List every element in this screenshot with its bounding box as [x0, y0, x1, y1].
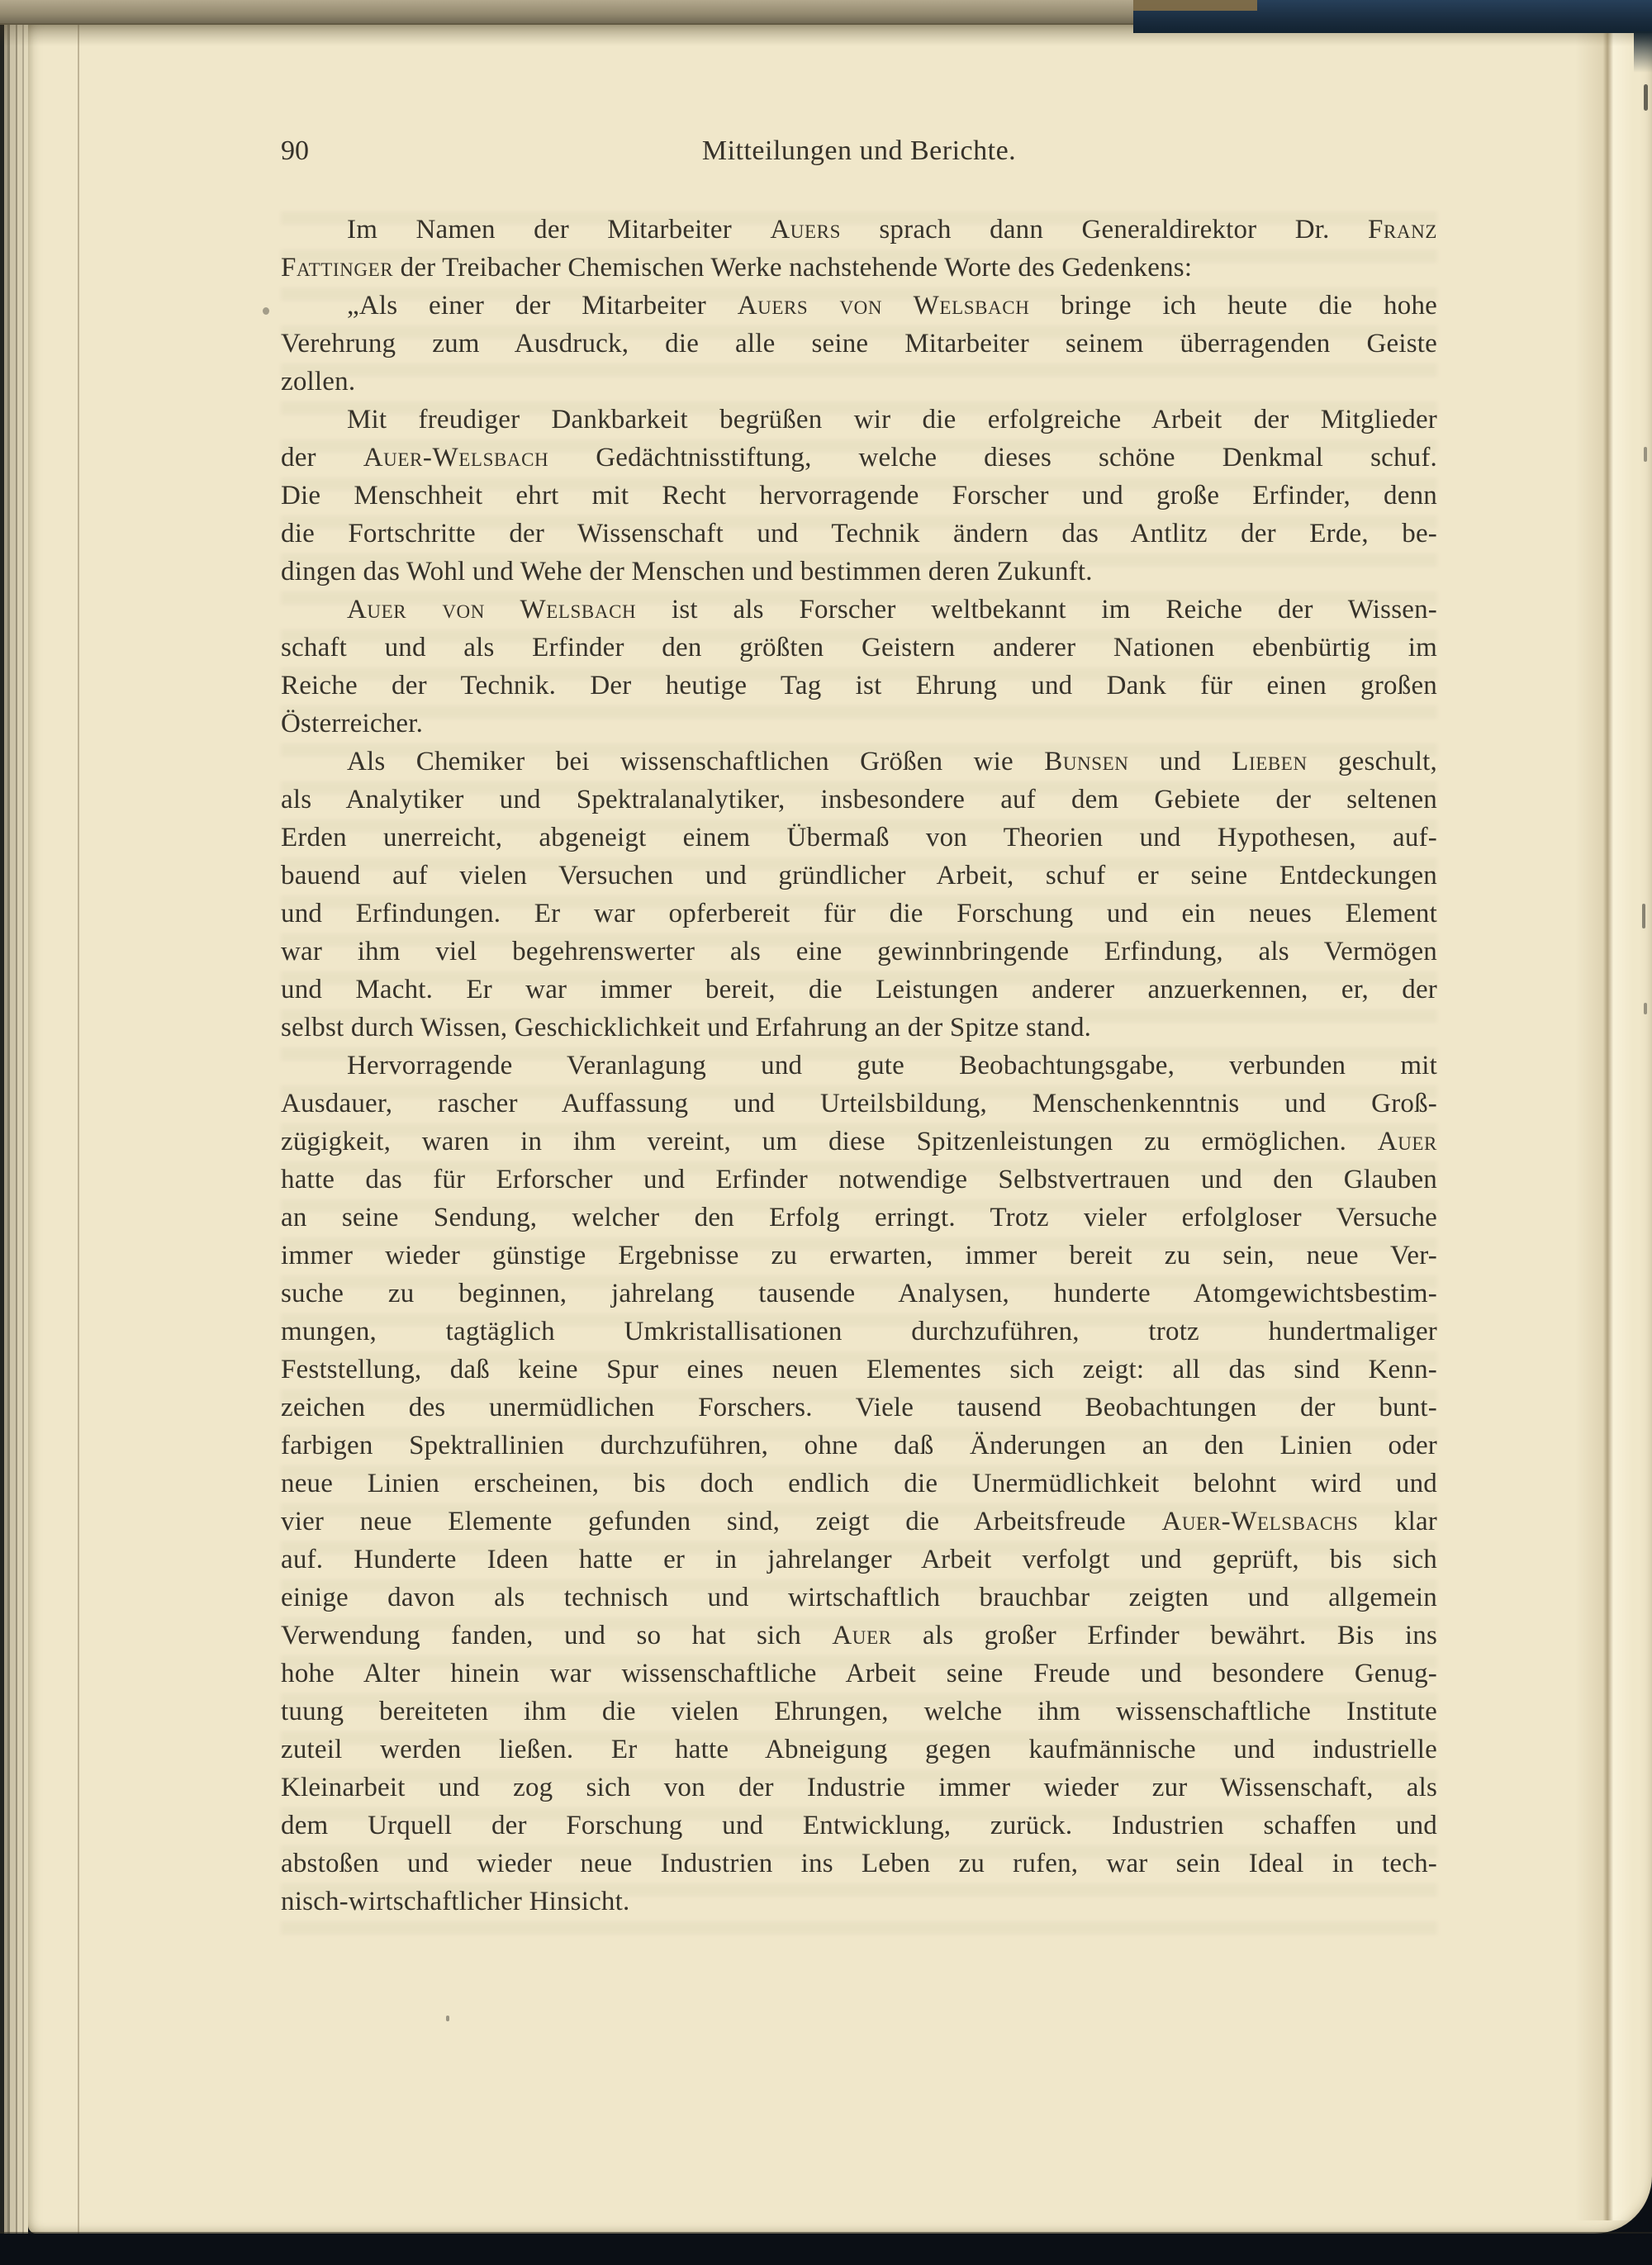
small-caps-name: Franz [1368, 215, 1437, 245]
text-line: dem Urquell der Forschung und Entwicklun… [281, 1807, 1437, 1845]
small-caps-name: Auers [770, 215, 841, 245]
page-number: 90 [281, 132, 309, 170]
text-line: an seine Sendung, welcher den Erfolg err… [281, 1199, 1437, 1237]
scan-speck [1644, 84, 1648, 111]
top-page-edges [0, 0, 1133, 25]
scan-speck [446, 2016, 449, 2021]
text-line: hatte das für Erforscher und Erfinder no… [281, 1161, 1437, 1199]
text-line: „Als einer der Mitarbeiter Auers von Wel… [281, 287, 1437, 325]
text-line: vier neue Elemente gefunden sind, zeigt … [281, 1503, 1437, 1541]
text-line: die Fortschritte der Wissenschaft und Te… [281, 515, 1437, 553]
text-line: nisch-wirtschaftlicher Hinsicht. [281, 1883, 1437, 1921]
text-line: der Auer-Welsbach Gedächtnisstiftung, we… [281, 439, 1437, 477]
running-title: Mitteilungen und Berichte. [281, 132, 1437, 170]
gutter-fold [1575, 30, 1633, 2220]
text-line: immer wieder günstige Ergebnisse zu erwa… [281, 1237, 1437, 1275]
small-caps-name: Auer [832, 1621, 891, 1650]
text-line: zügigkeit, waren in ihm vereint, um dies… [281, 1123, 1437, 1161]
small-caps-name: Auer-Welsbachs [1161, 1507, 1358, 1536]
text-line: Feststellung, daß keine Spur eines neuen… [281, 1351, 1437, 1389]
small-caps-name: Auers von Welsbach [738, 291, 1030, 321]
text-line: farbigen Spektrallinien durchzuführen, o… [281, 1427, 1437, 1465]
text-line: mungen, tagtäglich Umkristallisationen d… [281, 1313, 1437, 1351]
text-line: Mit freudiger Dankbarkeit begrüßen wir d… [281, 401, 1437, 439]
text-line: zuteil werden ließen. Er hatte Abneigung… [281, 1731, 1437, 1769]
text-line: Ausdauer, rascher Auffassung und Urteils… [281, 1085, 1437, 1123]
page-edge-line [78, 21, 79, 2234]
page-header: 90 Mitteilungen und Berichte. [281, 132, 1437, 170]
text-line: zeichen des unermüdlichen Forschers. Vie… [281, 1389, 1437, 1427]
text-line: einige davon als technisch und wirtschaf… [281, 1579, 1437, 1617]
text-line: Verwendung fanden, und so hat sich Auer … [281, 1617, 1437, 1655]
text-line: Die Menschheit ehrt mit Recht hervorrage… [281, 477, 1437, 515]
cover-corner [1634, 31, 1652, 73]
text-line: und Erfindungen. Er war opferbereit für … [281, 895, 1437, 933]
body-text: Im Namen der Mitarbeiter Auers sprach da… [281, 211, 1437, 1921]
text-line: neue Linien erscheinen, bis doch endlich… [281, 1465, 1437, 1503]
small-caps-name: Lieben [1232, 747, 1307, 776]
text-line: schaft und als Erfinder den größten Geis… [281, 629, 1437, 667]
small-caps-name: Fattinger [281, 253, 393, 283]
text-line: war ihm viel begehrenswerter als eine ge… [281, 933, 1437, 971]
text-line: Im Namen der Mitarbeiter Auers sprach da… [281, 211, 1437, 249]
text-line: Erden unerreicht, abgeneigt einem Überma… [281, 819, 1437, 857]
small-caps-name: Auer von Welsbach [347, 595, 636, 624]
text-line: Fattinger der Treibacher Chemischen Werk… [281, 249, 1437, 287]
cover-notch [1133, 0, 1257, 11]
text-line: Auer von Welsbach ist als Forscher weltb… [281, 591, 1437, 629]
text-line: zollen. [281, 363, 1437, 401]
text-line: dingen das Wohl und Wehe der Menschen un… [281, 553, 1437, 591]
text-line: suche zu beginnen, jahrelang tausende An… [281, 1275, 1437, 1313]
book-cover-bottom [0, 2234, 1652, 2265]
text-line: als Analytiker und Spektralanalytiker, i… [281, 781, 1437, 819]
small-caps-name: Auer [1378, 1127, 1437, 1156]
scan-speck [1644, 1003, 1647, 1014]
page-edge-stack [0, 21, 28, 2234]
text-line: Als Chemiker bei wissenschaftlichen Größ… [281, 743, 1437, 781]
text-line: selbst durch Wissen, Geschicklichkeit un… [281, 1009, 1437, 1047]
text-line: Österreicher. [281, 705, 1437, 743]
book-page-scan: 90 Mitteilungen und Berichte. Im Namen d… [0, 0, 1652, 2265]
scan-speck [1644, 447, 1647, 462]
small-caps-name: Auer-Welsbach [363, 443, 549, 472]
text-line: Reiche der Technik. Der heutige Tag ist … [281, 667, 1437, 705]
text-line: hohe Alter hinein war wissenschaftliche … [281, 1655, 1437, 1693]
text-line: tuung bereiteten ihm die vielen Ehrungen… [281, 1693, 1437, 1731]
text-line: bauend auf vielen Versuchen und gründlic… [281, 857, 1437, 895]
text-line: und Macht. Er war immer bereit, die Leis… [281, 971, 1437, 1009]
scan-speck [263, 307, 269, 315]
page-paper: 90 Mitteilungen und Berichte. Im Namen d… [28, 21, 1652, 2234]
text-line: Hervorragende Veranlagung und gute Beoba… [281, 1047, 1437, 1085]
text-line: auf. Hunderte Ideen hatte er in jahrelan… [281, 1541, 1437, 1579]
small-caps-name: Bunsen [1044, 747, 1128, 776]
text-line: Kleinarbeit und zog sich von der Industr… [281, 1769, 1437, 1807]
scan-speck [1642, 904, 1645, 928]
text-line: abstoßen und wieder neue Industrien ins … [281, 1845, 1437, 1883]
text-line: Verehrung zum Ausdruck, die alle seine M… [281, 325, 1437, 363]
